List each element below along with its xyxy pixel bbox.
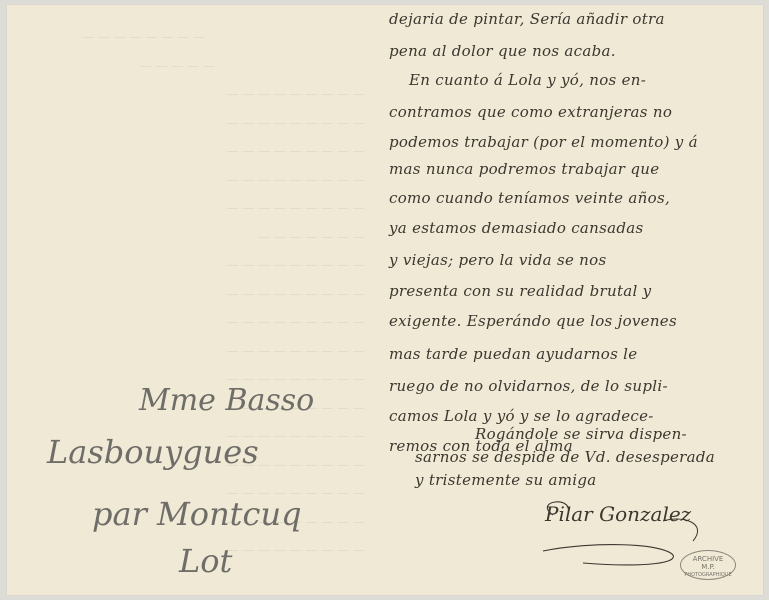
signature: Pilar Gonzalez <box>545 502 691 526</box>
bleed-line: — — — — — — — — — <box>37 251 365 280</box>
right-page: dejaria de pintar, Sería añadir otra pen… <box>385 5 763 595</box>
letter-line: dejaria de pintar, Sería añadir otra <box>389 10 665 28</box>
letter-line: ya estamos demasiado cansadas <box>389 219 644 237</box>
stamp-line: ARCHIVE <box>681 555 735 563</box>
letter-line: presenta con su realidad brutal y <box>389 282 651 300</box>
letter-sheet: — — — — — — — — — — — — — — — — — — — — … <box>7 5 763 595</box>
letter-line: camos Lola y yó y se lo agradece- <box>389 407 654 425</box>
letter-line: contramos que como extranjeras no <box>389 103 672 121</box>
archive-stamp: ARCHIVE M.P. PHOTOGRAPHIQUE <box>680 550 736 580</box>
address-via: par Montcuq <box>92 495 302 533</box>
address-recipient: Mme Basso <box>139 383 314 418</box>
bleed-line: — — — — — — — <box>37 223 365 252</box>
bleed-line: — — — — — — — — — <box>37 194 365 223</box>
letter-line: pena al dolor que nos acaba. <box>389 42 616 60</box>
address-department: Lot <box>179 542 232 580</box>
bleed-line: — — — — — — — — — <box>37 80 365 109</box>
bleed-line: — — — — — — — — — <box>37 308 365 337</box>
letter-line: mas tarde puedan ayudarnos le <box>389 345 637 363</box>
bleed-line: — — — — — — — — — <box>37 137 365 166</box>
document-viewer: — — — — — — — — — — — — — — — — — — — — … <box>0 0 769 600</box>
letter-line: podemos trabajar (por el momento) y á <box>389 133 698 151</box>
letter-line: exigente. Esperándo que los jovenes <box>389 312 677 330</box>
letter-line: y viejas; pero la vida se nos <box>389 251 606 269</box>
bleed-line: — — — — — <box>37 52 365 81</box>
bleed-through-text: — — — — — — — — — — — — — — — — — — — — … <box>37 23 365 565</box>
stamp-line: M.P. <box>681 563 735 571</box>
bleed-line: — — — — — — — — — <box>37 337 365 366</box>
bleed-line: — — — — — — — — — <box>37 280 365 309</box>
bleed-line: — — — — — — — — — <box>37 166 365 195</box>
letter-line: y tristemente su amiga <box>415 471 597 489</box>
letter-line: Rogándole se sirva dispen- <box>475 425 687 443</box>
bleed-line: — — — — — — — — <box>37 23 365 52</box>
stamp-line: PHOTOGRAPHIQUE <box>681 571 735 579</box>
letter-line: ruego de no olvidarnos, de lo supli- <box>389 377 668 395</box>
letter-line: sarnos se despide de Vd. desesperada <box>415 448 715 466</box>
address-locality: Lasbouygues <box>47 433 259 471</box>
letter-line: En cuanto á Lola y yó, nos en- <box>409 71 646 89</box>
left-page: — — — — — — — — — — — — — — — — — — — — … <box>7 5 385 595</box>
bleed-line: — — — — — — — — — <box>37 109 365 138</box>
letter-line: mas nunca podremos trabajar que <box>389 160 659 178</box>
letter-line: como cuando teníamos veinte años, <box>389 189 670 207</box>
